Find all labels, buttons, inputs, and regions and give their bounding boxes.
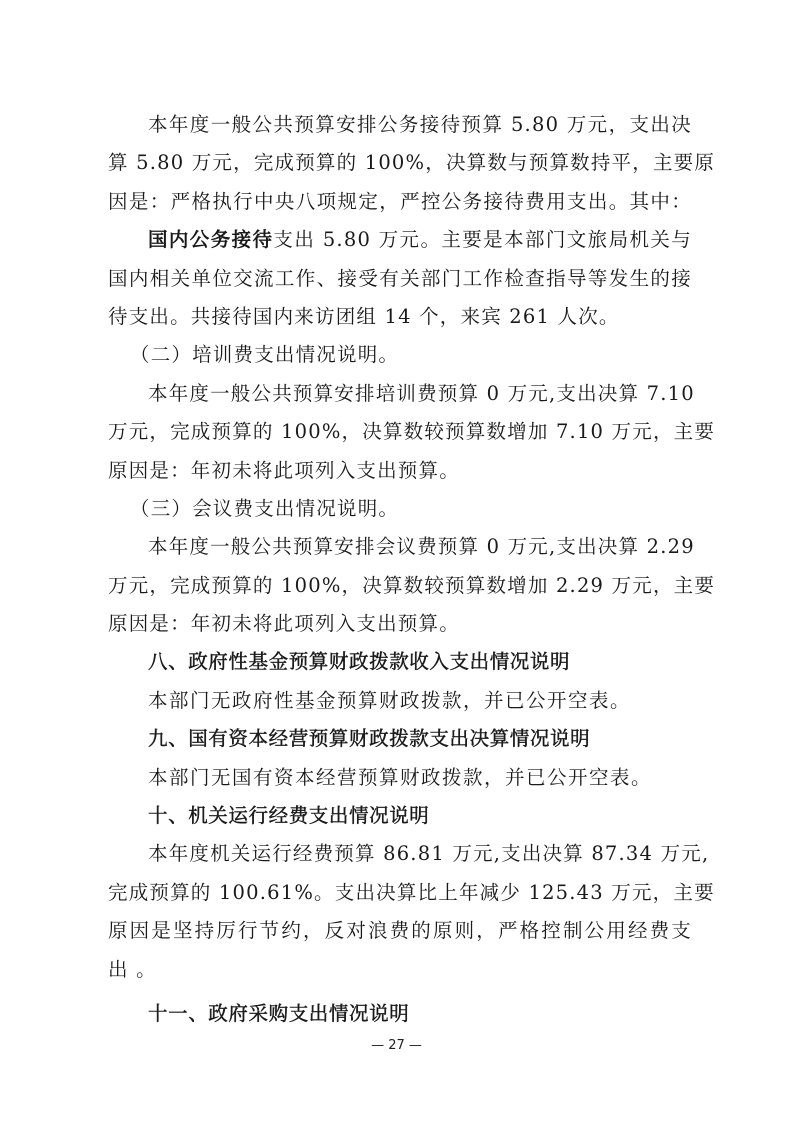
section-11-heading: 十一、政府采购支出情况说明 xyxy=(108,995,692,1033)
section-10-body-line-1: 本年度机关运行经费预算 86.81 万元,支出决算 87.34 万元, xyxy=(108,835,692,873)
domestic-reception-line-3: 待支出。共接待国内来访团组 14 个，来宾 261 人次。 xyxy=(108,298,692,336)
section-10-body-line-4: 出 。 xyxy=(108,951,692,989)
page-number: — 27 — xyxy=(0,1038,793,1053)
section-10-heading: 十、机关运行经费支出情况说明 xyxy=(108,797,692,835)
section-9-heading: 九、国有资本经营预算财政拨款支出决算情况说明 xyxy=(108,720,692,758)
reception-summary-line-1: 本年度一般公共预算安排公务接待预算 5.80 万元，支出决 xyxy=(108,106,692,144)
domestic-reception-label: 国内公务接待 xyxy=(148,228,273,251)
section-10-body-line-2: 完成预算的 100.61%。支出决算比上年减少 125.43 万元，主要 xyxy=(108,874,692,912)
reception-summary-line-2: 算 5.80 万元，完成预算的 100%，决算数与预算数持平，主要原 xyxy=(108,144,692,182)
section-9-body: 本部门无国有资本经营预算财政拨款，并已公开空表。 xyxy=(108,759,692,797)
document-page: 本年度一般公共预算安排公务接待预算 5.80 万元，支出决 算 5.80 万元，… xyxy=(108,106,692,1033)
reception-summary-line-3: 因是：严格执行中央八项规定，严控公务接待费用支出。其中： xyxy=(108,183,692,221)
section-8-heading: 八、政府性基金预算财政拨款收入支出情况说明 xyxy=(108,643,692,681)
training-heading: （二）培训费支出情况说明。 xyxy=(108,336,692,374)
training-body-line-1: 本年度一般公共预算安排培训费预算 0 万元,支出决算 7.10 xyxy=(108,375,692,413)
meeting-body-line-3: 原因是：年初未将此项列入支出预算。 xyxy=(108,605,692,643)
section-8-body: 本部门无政府性基金预算财政拨款，并已公开空表。 xyxy=(108,682,692,720)
training-body-line-3: 原因是：年初未将此项列入支出预算。 xyxy=(108,452,692,490)
meeting-body-line-1: 本年度一般公共预算安排会议费预算 0 万元,支出决算 2.29 xyxy=(108,528,692,566)
meeting-heading: （三）会议费支出情况说明。 xyxy=(108,490,692,528)
meeting-body-line-2: 万元，完成预算的 100%，决算数较预算数增加 2.29 万元，主要 xyxy=(108,567,692,605)
domestic-reception-line-1: 国内公务接待支出 5.80 万元。主要是本部门文旅局机关与 xyxy=(108,221,692,259)
domestic-reception-text: 支出 5.80 万元。主要是本部门文旅局机关与 xyxy=(273,228,692,251)
training-body-line-2: 万元，完成预算的 100%，决算数较预算数增加 7.10 万元，主要 xyxy=(108,413,692,451)
section-10-body-line-3: 原因是坚持厉行节约，反对浪费的原则，严格控制公用经费支 xyxy=(108,912,692,950)
domestic-reception-line-2: 国内相关单位交流工作、接受有关部门工作检查指导等发生的接 xyxy=(108,260,692,298)
